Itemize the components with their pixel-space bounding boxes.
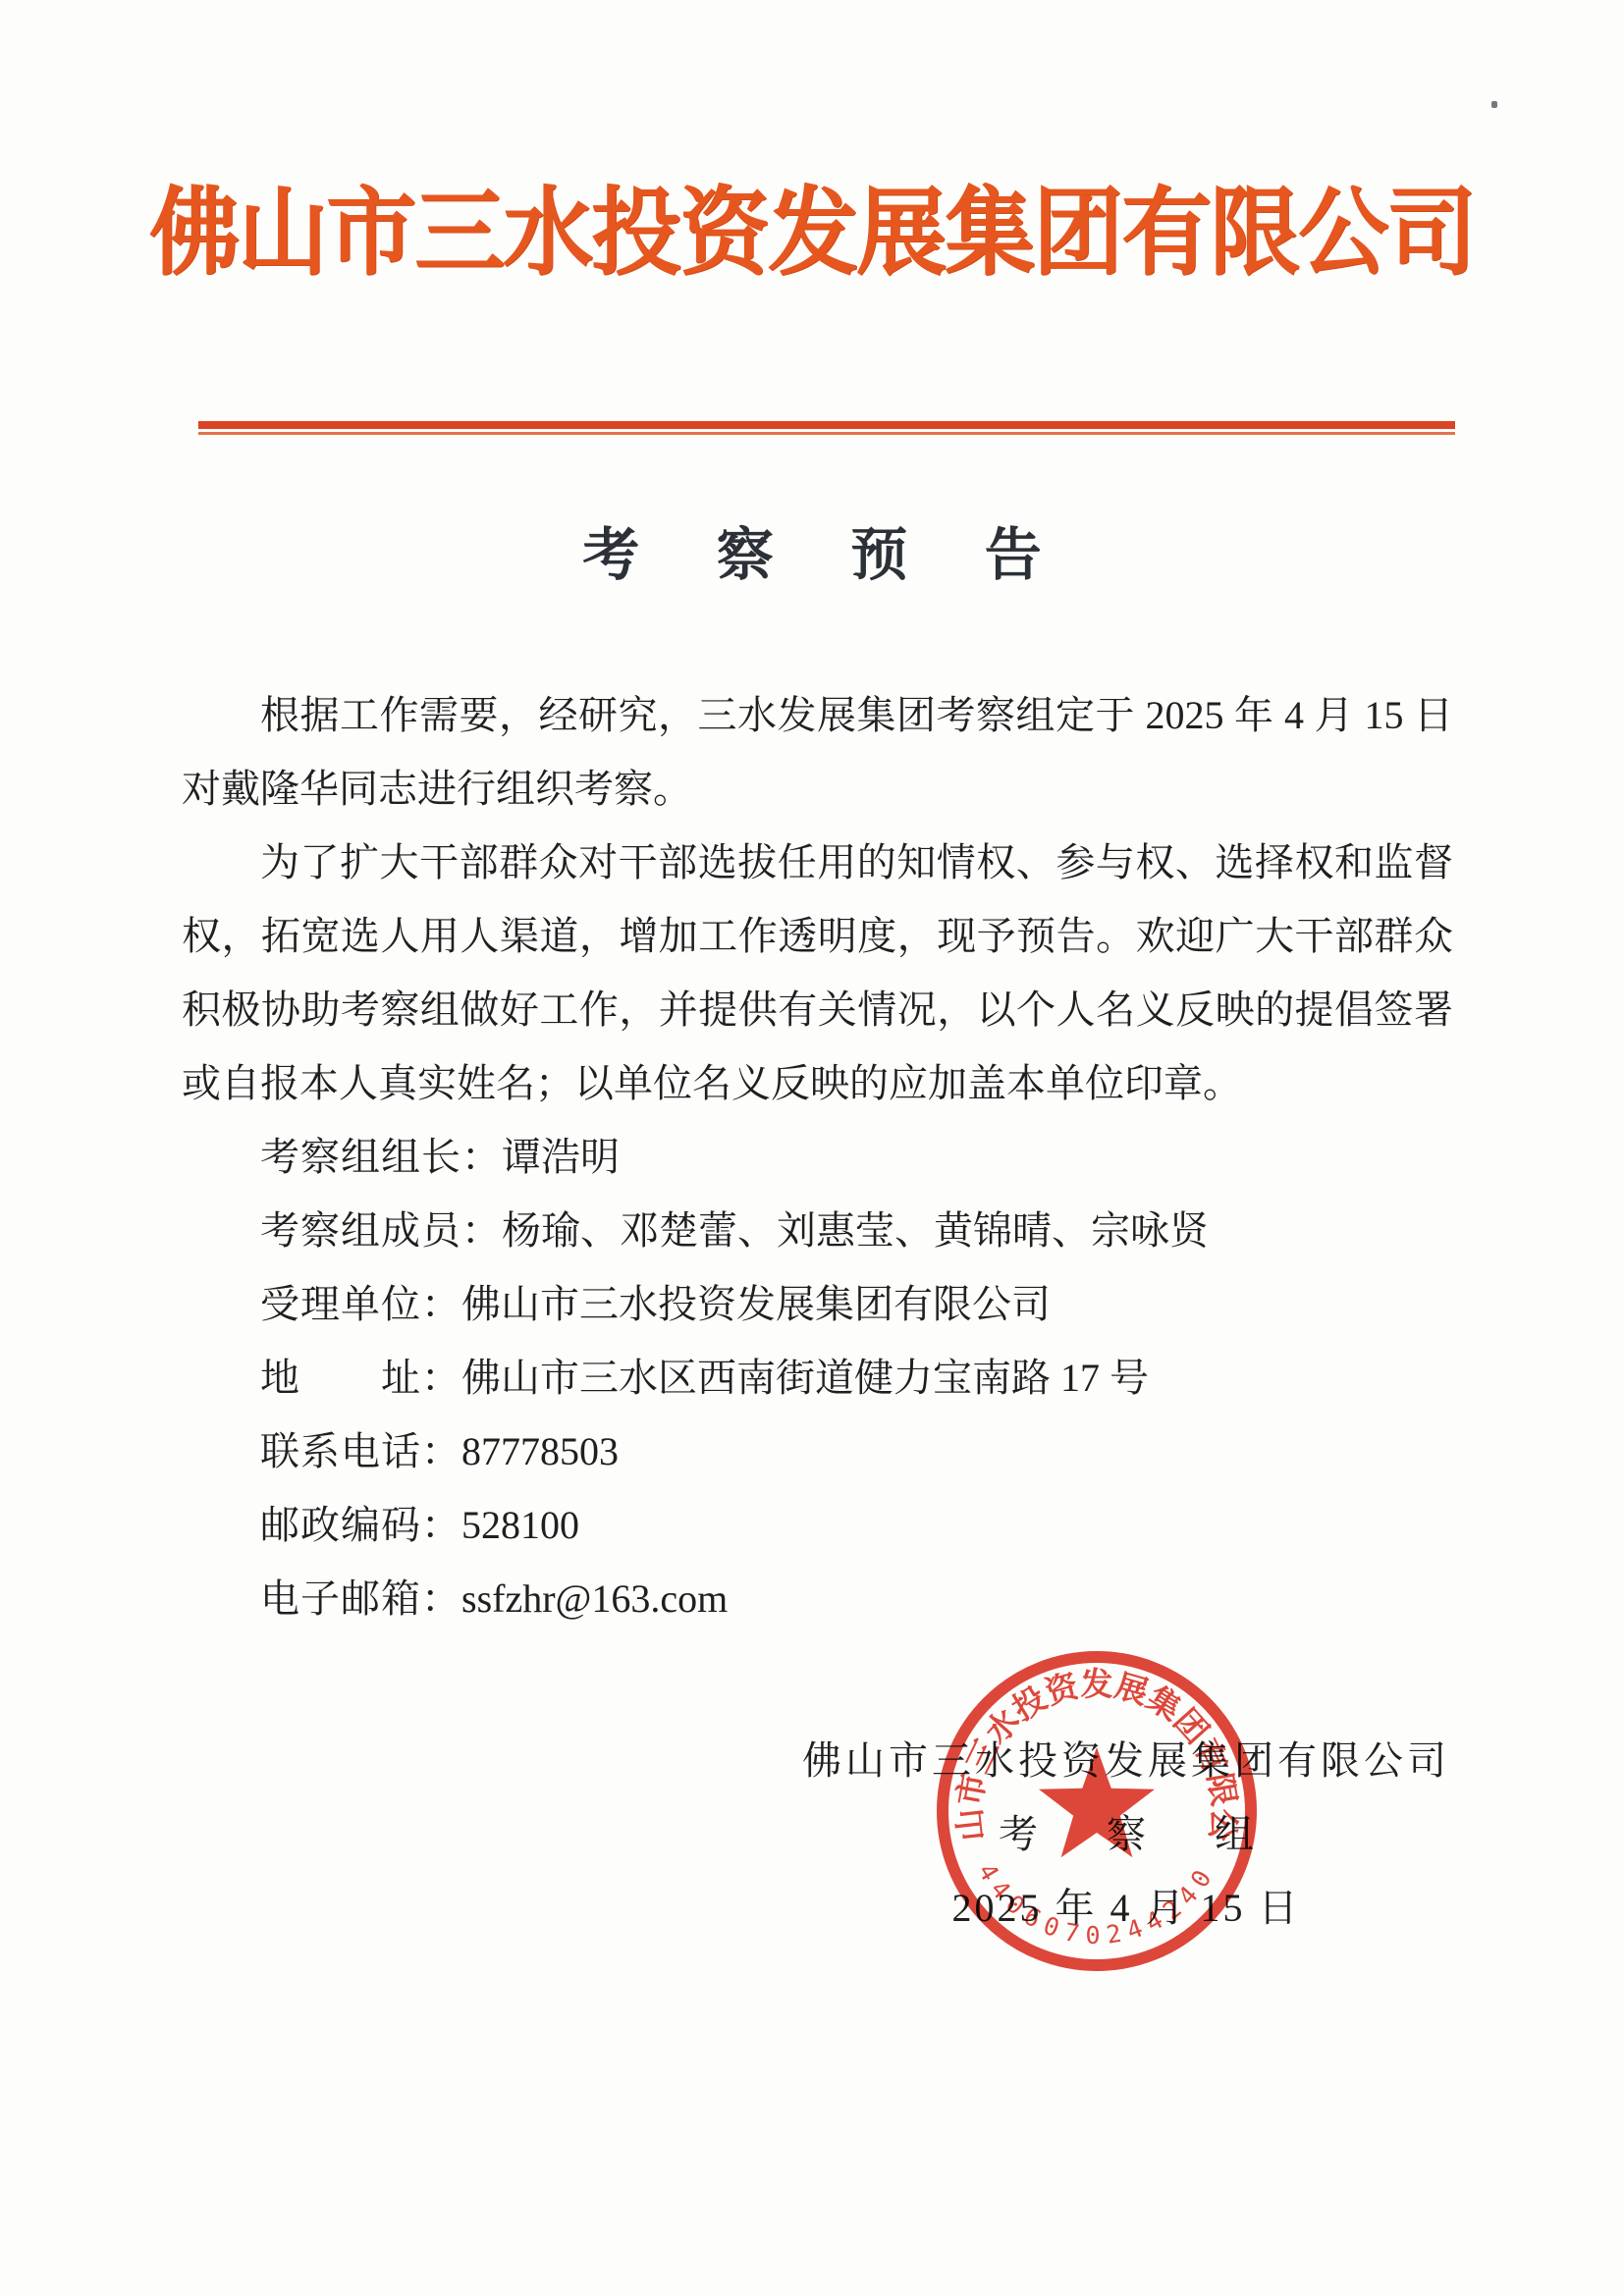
info-label: 电子邮箱： (260, 1576, 461, 1621)
letterhead-title: 佛山市三水投资发展集团有限公司 (0, 0, 1624, 290)
info-row-email: 电子邮箱：ssfzhr@163.com (182, 1562, 1453, 1635)
signature-group: 考 察 组 (802, 1797, 1450, 1871)
paragraph-2: 为了扩大干部群众对干部选拔任用的知情权、参与权、选择权和监督权，拓宽选人用人渠道… (182, 826, 1453, 1120)
info-row-address: 地 址：佛山市三水区西南街道健力宝南路 17 号 (182, 1341, 1453, 1415)
signature-block: 佛山市三水投资发展集团有限公司 考 察 组 2025 年 4 月 15 日 (802, 1724, 1450, 1945)
paragraph-1: 根据工作需要，经研究，三水发展集团考察组定于 2025 年 4 月 15 日对戴… (182, 678, 1453, 826)
info-row-members: 考察组成员：杨瑜、邓楚蕾、刘惠莹、黄锦晴、宗咏贤 (182, 1194, 1453, 1267)
document-page: 佛山市三水投资发展集团有限公司 考 察 预 告 根据工作需要，经研究，三水发展集… (0, 0, 1624, 2296)
signature-date: 2025 年 4 月 15 日 (802, 1871, 1450, 1945)
info-value: 87778503 (461, 1429, 619, 1473)
info-label: 邮政编码： (260, 1503, 461, 1547)
info-row-leader: 考察组组长：谭浩明 (182, 1120, 1453, 1194)
scan-speck-artifact (1491, 101, 1497, 108)
info-row-phone: 联系电话：87778503 (182, 1415, 1453, 1488)
info-value: 528100 (461, 1503, 579, 1547)
info-label: 考察组成员： (260, 1208, 502, 1253)
info-value: 杨瑜、邓楚蕾、刘惠莹、黄锦晴、宗咏贤 (502, 1208, 1209, 1253)
info-label: 考察组组长： (260, 1135, 502, 1179)
info-list: 考察组组长：谭浩明 考察组成员：杨瑜、邓楚蕾、刘惠莹、黄锦晴、宗咏贤 受理单位：… (182, 1120, 1453, 1635)
info-value: 谭浩明 (502, 1135, 620, 1179)
info-label: 地 址： (260, 1356, 461, 1400)
info-value: 佛山市三水投资发展集团有限公司 (461, 1282, 1051, 1326)
info-value: 佛山市三水区西南街道健力宝南路 17 号 (461, 1356, 1149, 1400)
info-label: 受理单位： (260, 1282, 461, 1326)
info-label: 联系电话： (260, 1429, 461, 1473)
info-row-accepting-unit: 受理单位：佛山市三水投资发展集团有限公司 (182, 1267, 1453, 1341)
info-value: ssfzhr@163.com (461, 1576, 728, 1621)
document-body: 根据工作需要，经研究，三水发展集团考察组定于 2025 年 4 月 15 日对戴… (182, 678, 1453, 1635)
letterhead-divider-rule (198, 421, 1455, 436)
info-row-postcode: 邮政编码：528100 (182, 1488, 1453, 1562)
signature-company: 佛山市三水投资发展集团有限公司 (802, 1724, 1450, 1797)
document-title: 考 察 预 告 (0, 518, 1624, 592)
